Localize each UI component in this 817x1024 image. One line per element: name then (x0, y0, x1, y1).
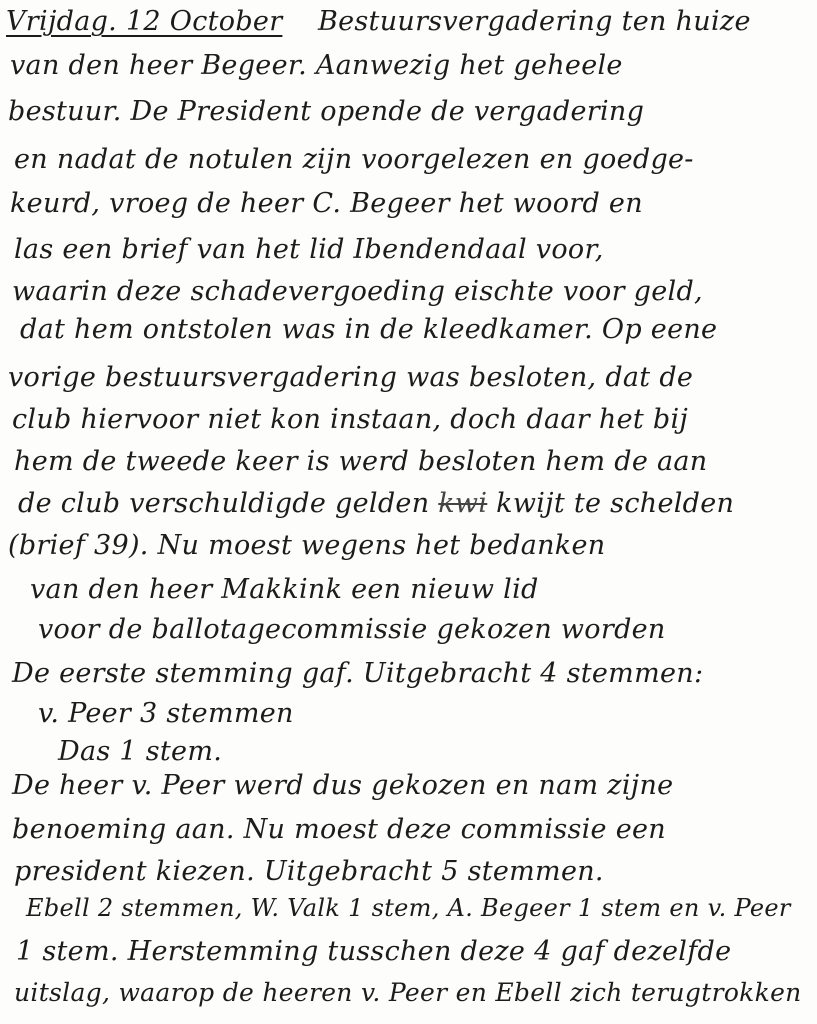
text-line: De heer v. Peer werd dus gekozen en nam … (12, 772, 673, 799)
text-fragment: de club verschuldigde gelden (18, 488, 438, 519)
text-fragment (291, 6, 309, 37)
text-line: dat hem ontstolen was in de kleedkamer. … (20, 316, 717, 343)
text-fragment: kwijt te schelden (487, 488, 734, 519)
text-line: v. Peer 3 stemmen (38, 700, 294, 727)
text-line: (brief 39). Nu moest wegens het bedanken (8, 532, 605, 559)
text-line: 1 stem. Herstemming tusschen deze 4 gaf … (16, 938, 731, 965)
text-line: van den heer Begeer. Aanwezig het geheel… (10, 52, 623, 79)
text-line: waarin deze schadevergoeding eischte voo… (12, 278, 703, 305)
text-line: van den heer Makkink een nieuw lid (30, 576, 539, 603)
text-line: voor de ballotagecommissie gekozen worde… (38, 616, 666, 643)
text-line: uitslag, waarop de heeren v. Peer en Ebe… (14, 980, 802, 1005)
text-fragment: Bestuursvergadering ten huize (318, 6, 751, 37)
text-line: de club verschuldigde gelden kwi kwijt t… (18, 490, 734, 517)
text-line: De eerste stemming gaf. Uitgebracht 4 st… (12, 660, 703, 687)
text-line: Ebell 2 stemmen, W. Valk 1 stem, A. Bege… (26, 896, 791, 920)
text-line: president kiezen. Uitgebracht 5 stemmen. (14, 858, 604, 885)
text-line: las een brief van het lid Ibendendaal vo… (14, 236, 604, 263)
text-line: en nadat de notulen zijn voorgelezen en … (14, 146, 694, 173)
text-line: club hiervoor niet kon instaan, doch daa… (12, 406, 688, 433)
meeting-date: Vrijdag. 12 October (6, 6, 282, 37)
heading-line: Vrijdag. 12 October Bestuursvergadering … (6, 8, 751, 35)
text-line: bestuur. De President opende de vergader… (8, 98, 644, 125)
text-line: keurd, vroeg de heer C. Begeer het woord… (10, 190, 643, 217)
text-line: benoeming aan. Nu moest deze commissie e… (12, 816, 666, 843)
text-line: hem de tweede keer is werd besloten hem … (14, 448, 708, 475)
struck-through-word: kwi (438, 488, 487, 519)
handwritten-page: Vrijdag. 12 October Bestuursvergadering … (0, 0, 817, 1024)
text-line: vorige bestuursvergadering was besloten,… (8, 364, 693, 391)
text-line: Das 1 stem. (58, 738, 222, 765)
